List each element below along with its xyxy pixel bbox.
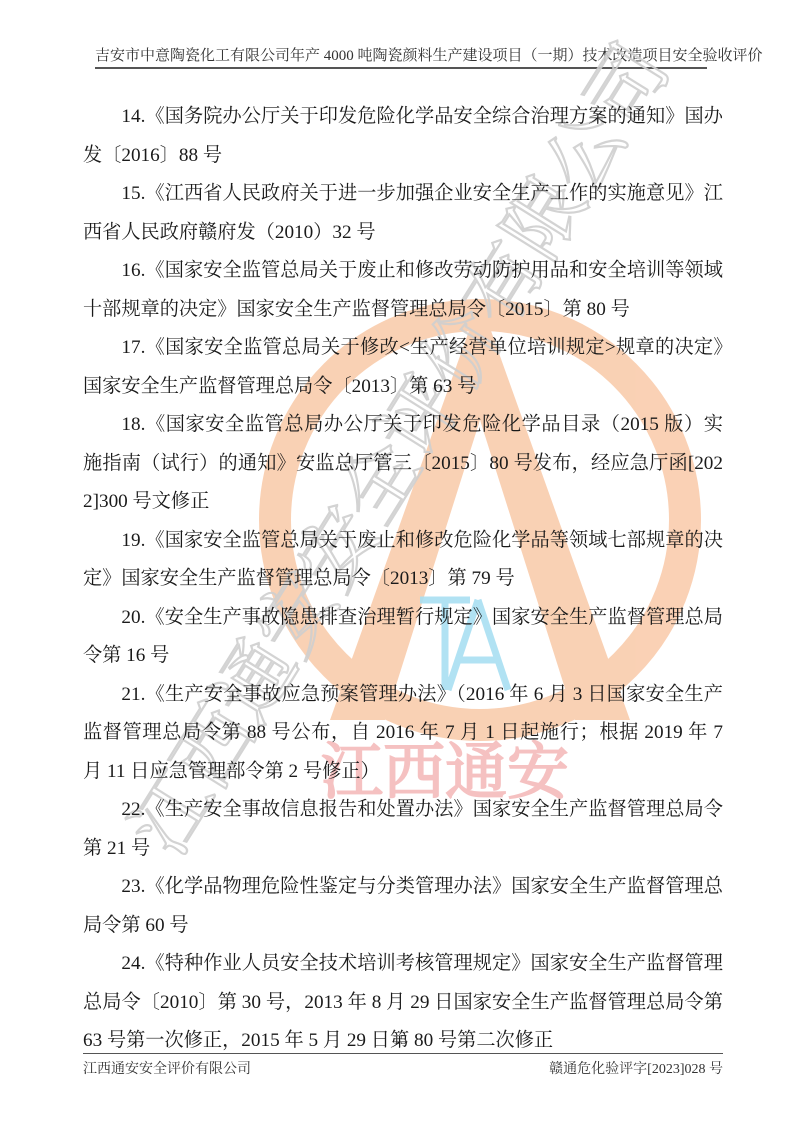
list-item-23: 23.《化学品物理危险性鉴定与分类管理办法》国家安全生产监督管理总局令第 60 … (83, 868, 723, 945)
list-item-17: 17.《国家安全监管总局关于修改<生产经营单位培训规定>规章的决定》国家安全生产… (83, 329, 723, 406)
list-item-20: 20.《安全生产事故隐患排查治理暂行规定》国家安全生产监督管理总局令第 16 号 (83, 599, 723, 676)
header-divider (95, 67, 707, 69)
list-item-22: 22.《生产安全事故信息报告和处置办法》国家安全生产监督管理总局令第 21 号 (83, 791, 723, 868)
list-item-19: 19.《国家安全监管总局关于废止和修改危险化学品等领域七部规章的决定》国家安全生… (83, 522, 723, 599)
page-number: 15 (0, 1033, 800, 1049)
list-item-16: 16.《国家安全监管总局关于废止和修改劳动防护用品和安全培训等领域十部规章的决定… (83, 252, 723, 329)
page-header-title: 吉安市中意陶瓷化工有限公司年产 4000 吨陶瓷颜料生产建设项目（一期）技术改造… (95, 44, 707, 65)
list-item-18: 18.《国家安全监管总局办公厅关于印发危险化学品目录（2015 版）实施指南（试… (83, 406, 723, 522)
list-item-14: 14.《国务院办公厅关于印发危险化学品安全综合治理方案的通知》国办发〔2016〕… (83, 98, 723, 175)
list-item-21: 21.《生产安全事故应急预案管理办法》（2016 年 6 月 3 日国家安全生产… (83, 676, 723, 792)
footer-company: 江西通安安全评价有限公司 (83, 1058, 251, 1078)
list-item-15: 15.《江西省人民政府关于进一步加强企业安全生产工作的实施意见》江西省人民政府赣… (83, 175, 723, 252)
footer-doc-number: 赣通危化验评字[2023]028 号 (549, 1058, 723, 1078)
regulations-list: 14.《国务院办公厅关于印发危险化学品安全综合治理方案的通知》国办发〔2016〕… (83, 98, 723, 1061)
